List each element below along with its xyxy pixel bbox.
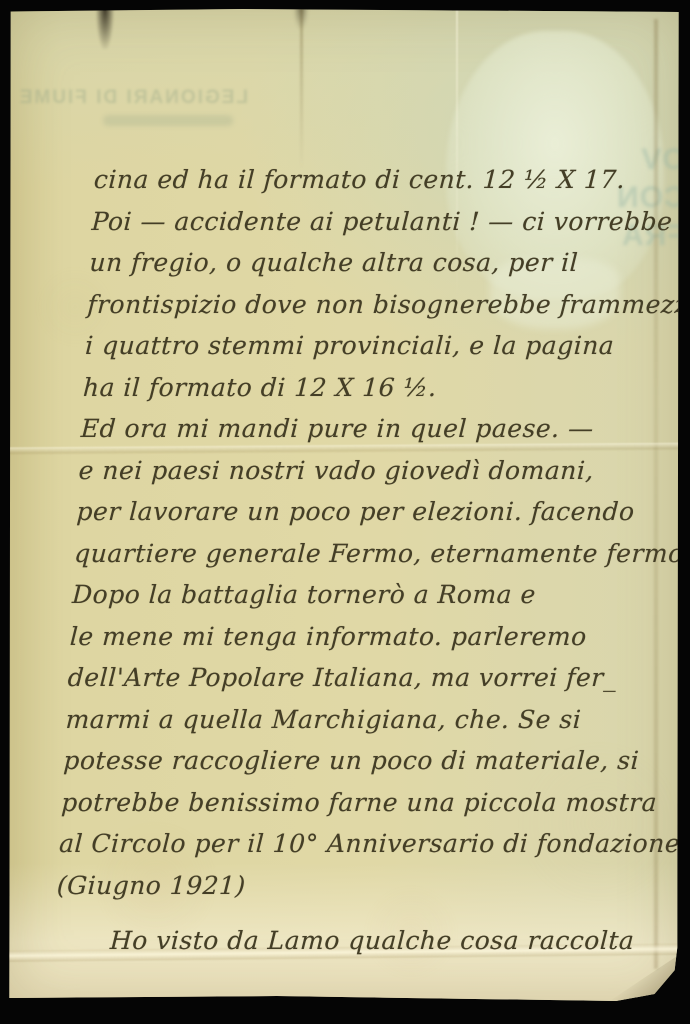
- handwritten-line: Ho visto da Lamo qualche cosa raccolta: [53, 920, 641, 962]
- scan-background: { "document_kind": "handwritten letter s…: [0, 0, 690, 1024]
- handwritten-line: ha il formato di 12 X 16 ½.: [82, 367, 670, 409]
- paper-crease: [300, 9, 303, 169]
- handwritten-line: frontispizio dove non bisognerebbe framm…: [86, 284, 674, 326]
- handwritten-line: e nei paesi nostri vado giovedì domani,: [78, 450, 666, 492]
- showthrough-letterhead-subtitle: [103, 115, 233, 126]
- handwritten-line: Dopo la battaglia tornerò a Roma e: [71, 574, 659, 616]
- handwritten-line: per lavorare un poco per elezioni. facen…: [75, 491, 663, 533]
- handwritten-line: al Circolo per il 10° Anniversario di fo…: [58, 823, 646, 865]
- handwritten-line: dell'Arte Popolare Italiana, ma vorrei f…: [67, 657, 655, 699]
- handwritten-line: potesse raccogliere un poco di materiale…: [62, 740, 650, 782]
- handwritten-line: potrebbe benissimo farne una piccola mos…: [60, 782, 648, 824]
- handwritten-line: (Giugno 1921): [56, 865, 644, 907]
- letter-paper-sheet: LEGIONARI DI FIUME OV CON FRA cina ed ha…: [8, 9, 680, 1002]
- handwritten-line: marmi a quella Marchigiana, che. Se si: [65, 699, 653, 741]
- handwritten-line: i quattro stemmi provinciali, e la pagin…: [84, 325, 672, 367]
- handwritten-line: Ed ora mi mandi pure in quel paese. —: [80, 408, 668, 450]
- handwritten-line: un fregio, o qualche altra cosa, per il: [89, 242, 677, 284]
- ink-smudge: [96, 7, 114, 49]
- showthrough-letterhead-title: LEGIONARI DI FIUME: [78, 87, 248, 109]
- handwritten-line: cina ed ha il formato di cent. 12 ½ X 17…: [93, 159, 681, 201]
- handwritten-line: quartiere generale Fermo, eternamente fe…: [73, 533, 661, 575]
- handwritten-line: Poi — accidente ai petulanti ! — ci vorr…: [91, 201, 679, 243]
- handwritten-line: le mene mi tenga informato. parleremo: [69, 616, 657, 658]
- letter-lines: cina ed ha il formato di cent. 12 ½ X 17…: [53, 159, 681, 962]
